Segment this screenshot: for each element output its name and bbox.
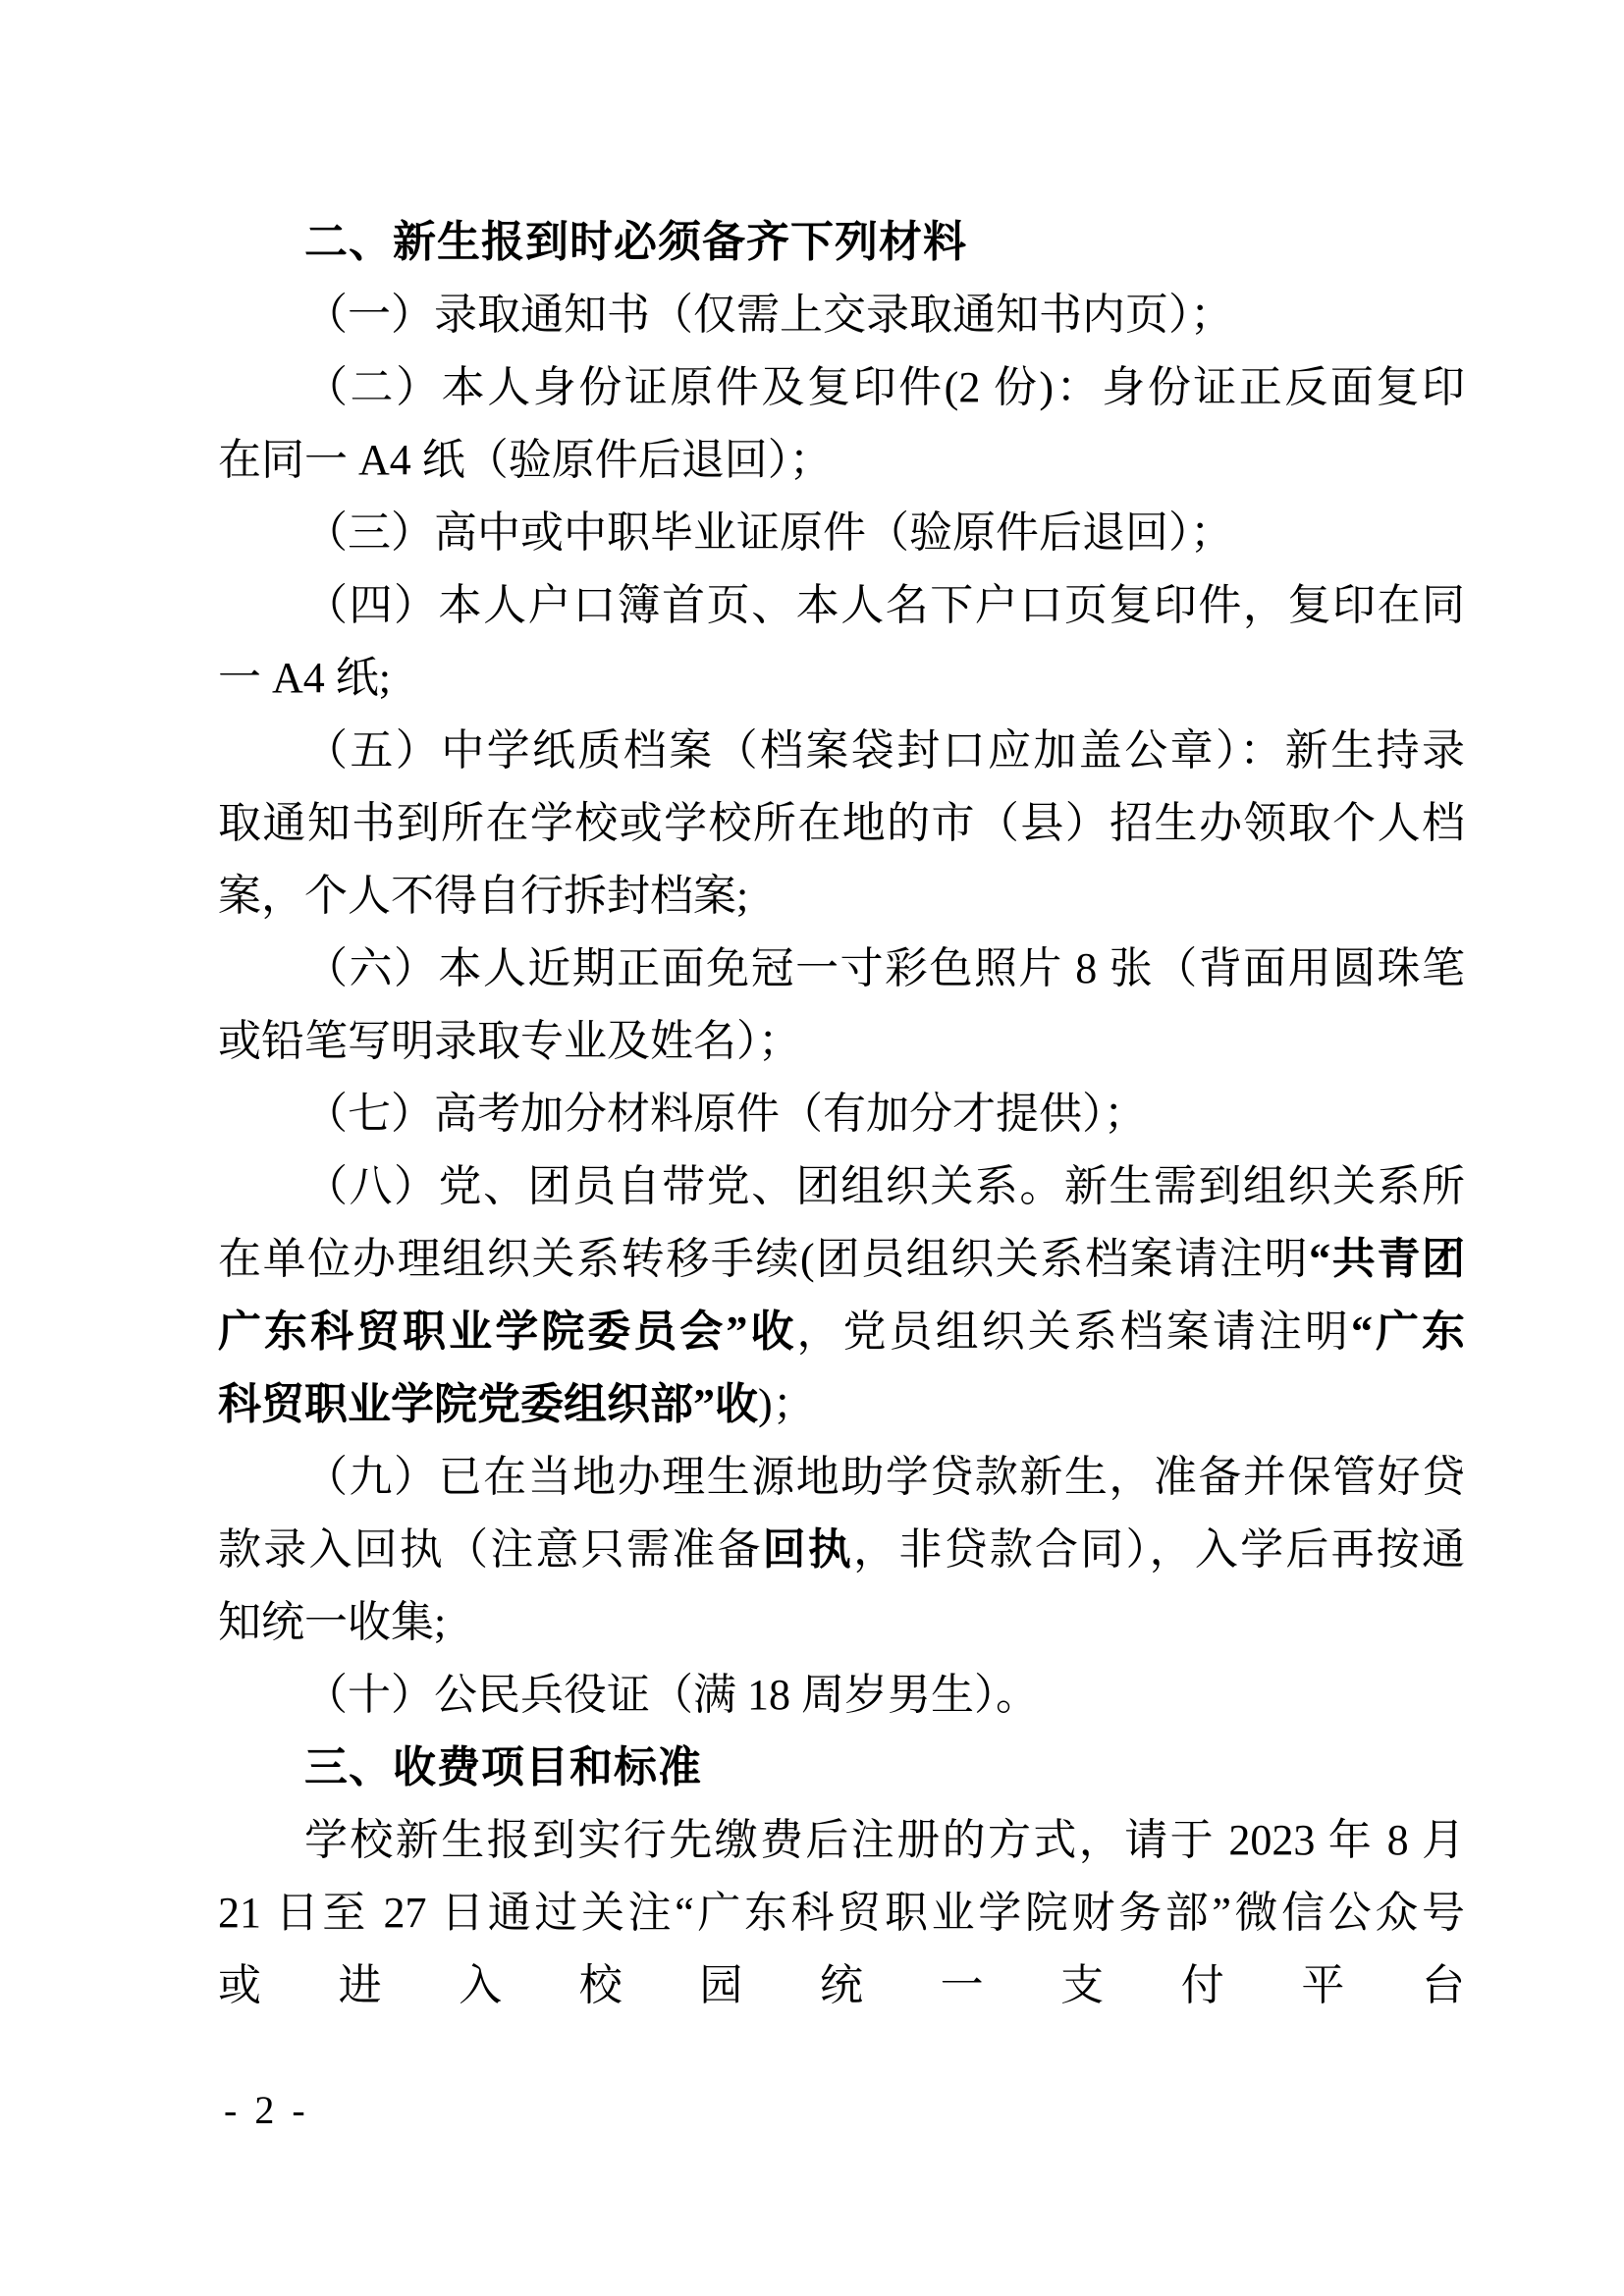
text-segment: （六）本人近期正面免冠一寸彩色照片 8 张（背面用圆珠笔 [304,944,1465,992]
text-line: （七）高考加分材料原件（有加分才提供）； [218,1078,1465,1150]
text-segment: （五）中学纸质档案（档案袋封口应加盖公章）：新生持录 [304,726,1465,774]
text-line: （九）已在当地办理生源地助学贷款新生，准备并保管好贷 [218,1441,1465,1514]
text-segment: （八）党、团员自带党、团组织关系。新生需到组织关系所 [304,1162,1465,1210]
text-segment: （三）高中或中职毕业证原件（验原件后退回）； [304,508,1233,557]
text-line: 款录入回执（注意只需准备回执，非贷款合同），入学后再按通 [218,1514,1465,1586]
text-line: （六）本人近期正面免冠一寸彩色照片 8 张（背面用圆珠笔 [218,933,1465,1005]
text-line: 学校新生报到实行先缴费后注册的方式，请于 2023 年 8 月 [218,1804,1465,1877]
distributed-char: 台 [1422,1949,1465,2022]
text-segment: ，党员组织关系档案请注明 [796,1308,1350,1356]
text-segment: 或铅笔写明录取专业及姓名）； [218,1017,801,1065]
text-segment: （二）本人身份证原件及复印件(2 份)：身份证正反面复印 [304,363,1465,411]
text-line: 案，个人不得自行拆封档案; [218,860,1465,933]
text-segment: （四）本人户口簿首页、本人名下户口页复印件，复印在同 [304,581,1465,629]
bold-text-segment: 广东科贸职业学院委员会”收 [218,1308,796,1356]
page-number: - 2 - [224,2087,309,2134]
text-line: 21 日至 27 日通过关注“广东科贸职业学院财务部”微信公众号 [218,1877,1465,1949]
distributed-char: 统 [820,1949,863,2022]
text-segment: 在单位办理组织关系转移手续(团员组织关系档案请注明 [218,1235,1309,1283]
text-segment: ，非贷款合同），入学后再按通 [853,1525,1465,1574]
text-line: 或进入校园统一支付平台 [218,1949,1465,2022]
text-line: 在同一 A4 纸（验原件后退回）； [218,424,1465,497]
text-line: （三）高中或中职毕业证原件（验原件后退回）； [218,497,1465,569]
text-line: 取通知书到所在学校或学校所在地的市（县）招生办领取个人档 [218,787,1465,860]
bold-text-segment: “共青团 [1309,1235,1465,1283]
distributed-char: 园 [699,1949,742,2022]
text-segment: 取通知书到所在学校或学校所在地的市（县）招生办领取个人档 [218,799,1465,847]
distributed-char: 付 [1181,1949,1224,2022]
document-page: { "page": { "background_color": "#ffffff… [0,0,1624,2296]
distributed-char: 进 [339,1949,382,2022]
distributed-char: 支 [1060,1949,1104,2022]
text-segment: （十）公民兵役证（满 18 周岁男生）。 [304,1671,1039,1719]
text-line: （四）本人户口簿首页、本人名下户口页复印件，复印在同 [218,569,1465,642]
text-line: （五）中学纸质档案（档案袋封口应加盖公章）：新生持录 [218,715,1465,787]
text-segment: 在同一 A4 纸（验原件后退回）； [218,436,833,484]
text-segment: 案，个人不得自行拆封档案; [218,872,748,920]
text-segment: （七）高考加分材料原件（有加分才提供）； [304,1090,1147,1138]
distributed-char: 或 [218,1949,261,2022]
bold-text-segment: 三、收费项目和标准 [304,1743,702,1791]
text-line: （八）党、团员自带党、团组织关系。新生需到组织关系所 [218,1150,1465,1223]
distributed-char: 校 [579,1949,623,2022]
text-line: （十）公民兵役证（满 18 周岁男生）。 [218,1659,1465,1732]
text-line: 或铅笔写明录取专业及姓名）； [218,1005,1465,1078]
bold-text-segment: 科贸职业学院党委组织部”收 [218,1380,758,1428]
bold-text-segment: 回执 [763,1525,853,1574]
text-line: 一 A4 纸; [218,642,1465,715]
distributed-char: 平 [1301,1949,1344,2022]
text-segment: 款录入回执（注意只需准备 [218,1525,763,1574]
text-line: （二）本人身份证原件及复印件(2 份)：身份证正反面复印 [218,351,1465,424]
text-segment: 知统一收集; [218,1598,446,1646]
text-line: （一）录取通知书（仅需上交录取通知书内页）； [218,279,1465,351]
text-segment: )； [758,1380,816,1428]
section-heading: 三、收费项目和标准 [218,1732,1465,1804]
document-body: 二、新生报到时必须备齐下列材料（一）录取通知书（仅需上交录取通知书内页）；（二）… [218,206,1465,2022]
text-line: 广东科贸职业学院委员会”收，党员组织关系档案请注明“广东 [218,1296,1465,1368]
text-segment: 21 日至 27 日通过关注“广东科贸职业学院财务部”微信公众号 [218,1889,1465,1937]
text-segment: （九）已在当地办理生源地助学贷款新生，准备并保管好贷 [304,1453,1465,1501]
bold-text-segment: 二、新生报到时必须备齐下列材料 [304,218,967,266]
text-segment: 学校新生报到实行先缴费后注册的方式，请于 2023 年 8 月 [304,1816,1465,1864]
section-heading: 二、新生报到时必须备齐下列材料 [218,206,1465,279]
bold-text-segment: “广东 [1351,1308,1465,1356]
text-segment: （一）录取通知书（仅需上交录取通知书内页）； [304,291,1233,339]
distributed-char: 入 [459,1949,502,2022]
text-line: 在单位办理组织关系转移手续(团员组织关系档案请注明“共青团 [218,1223,1465,1296]
text-segment: 一 A4 纸; [218,654,391,702]
distributed-char: 一 [941,1949,984,2022]
text-line: 知统一收集; [218,1586,1465,1659]
text-line: 科贸职业学院党委组织部”收)； [218,1368,1465,1441]
